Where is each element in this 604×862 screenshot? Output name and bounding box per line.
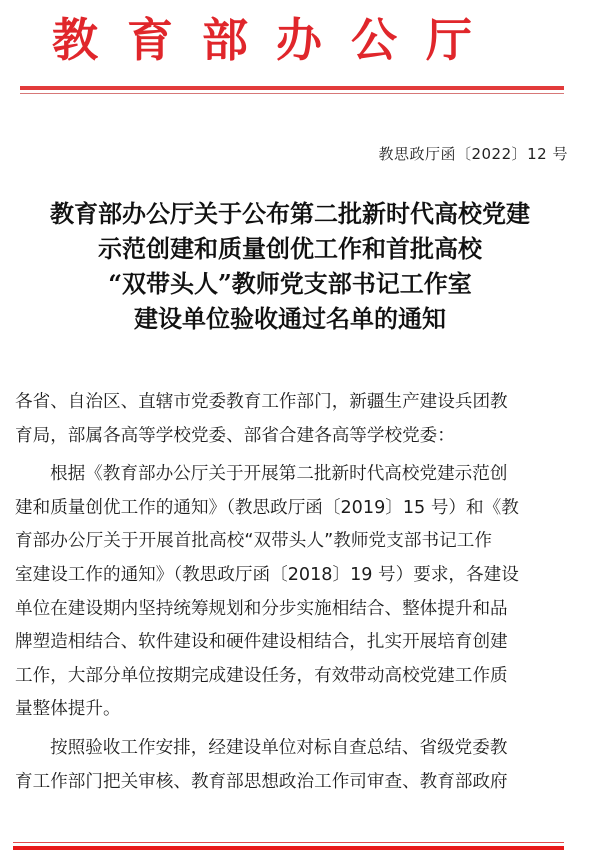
- title-line: 示范创建和质量创优工作和首批高校: [0, 231, 580, 266]
- addressee: 各省、自治区、直辖市党委教育工作部门，新疆生产建设兵团教 育局，部属各高等学校党…: [15, 386, 492, 453]
- masthead: 教 育 部 办 公 厅: [0, 10, 604, 70]
- paragraph-line: 室建设工作的通知》（教思政厅函〔2018〕19 号）要求，各建设: [15, 559, 492, 593]
- masthead-char: 教: [52, 10, 98, 70]
- paragraph-1: 根据《教育部办公厅关于开展第二批新时代高校党建示范创 建和质量创优工作的通知》（…: [15, 458, 492, 727]
- addressee-line: 育局，部属各高等学校党委、部省合建各高等学校党委：: [15, 420, 492, 454]
- masthead-char: 公: [351, 10, 397, 70]
- masthead-char: 部: [202, 10, 248, 70]
- paragraph-line: 牌塑造相结合、软件建设和硬件建设相结合，扎实开展培育创建: [15, 626, 492, 660]
- masthead-char: 厅: [426, 10, 472, 70]
- paragraph-line: 量整体提升。: [15, 693, 492, 727]
- document-title: 教育部办公厅关于公布第二批新时代高校党建 示范创建和质量创优工作和首批高校 “双…: [0, 196, 580, 336]
- footer-rule-thick: [13, 846, 564, 850]
- paragraph-line: 根据《教育部办公厅关于开展第二批新时代高校党建示范创: [15, 458, 492, 492]
- document-number: 教思政厅函〔2022〕12 号: [378, 143, 568, 165]
- paragraph-line: 按照验收工作安排，经建设单位对标自查总结、省级党委教: [15, 732, 492, 766]
- paragraph-line: 工作，大部分单位按期完成建设任务，有效带动高校党建工作质: [15, 660, 492, 694]
- title-line: 建设单位验收通过名单的通知: [0, 301, 580, 336]
- paragraph-line: 育部办公厅关于开展首批高校“双带头人”教师党支部书记工作: [15, 525, 492, 559]
- paragraph-line: 建和质量创优工作的通知》（教思政厅函〔2019〕15 号）和《教: [15, 492, 492, 526]
- footer-rule-thin: [13, 842, 564, 843]
- paragraph-line: 单位在建设期内坚持统筹规划和分步实施相结合、整体提升和品: [15, 593, 492, 627]
- masthead-char: 办: [276, 10, 322, 70]
- title-line: “双带头人”教师党支部书记工作室: [0, 266, 580, 301]
- paragraph-2: 按照验收工作安排，经建设单位对标自查总结、省级党委教 育工作部门把关审核、教育部…: [15, 732, 492, 799]
- masthead-char: 育: [127, 10, 173, 70]
- addressee-line: 各省、自治区、直辖市党委教育工作部门，新疆生产建设兵团教: [15, 386, 492, 420]
- header-rule-thin: [20, 93, 564, 94]
- header-rule-thick: [20, 86, 564, 90]
- document-body: 各省、自治区、直辖市党委教育工作部门，新疆生产建设兵团教 育局，部属各高等学校党…: [15, 386, 492, 799]
- paragraph-line: 育工作部门把关审核、教育部思想政治工作司审查、教育部政府: [15, 766, 492, 800]
- title-line: 教育部办公厅关于公布第二批新时代高校党建: [0, 196, 580, 231]
